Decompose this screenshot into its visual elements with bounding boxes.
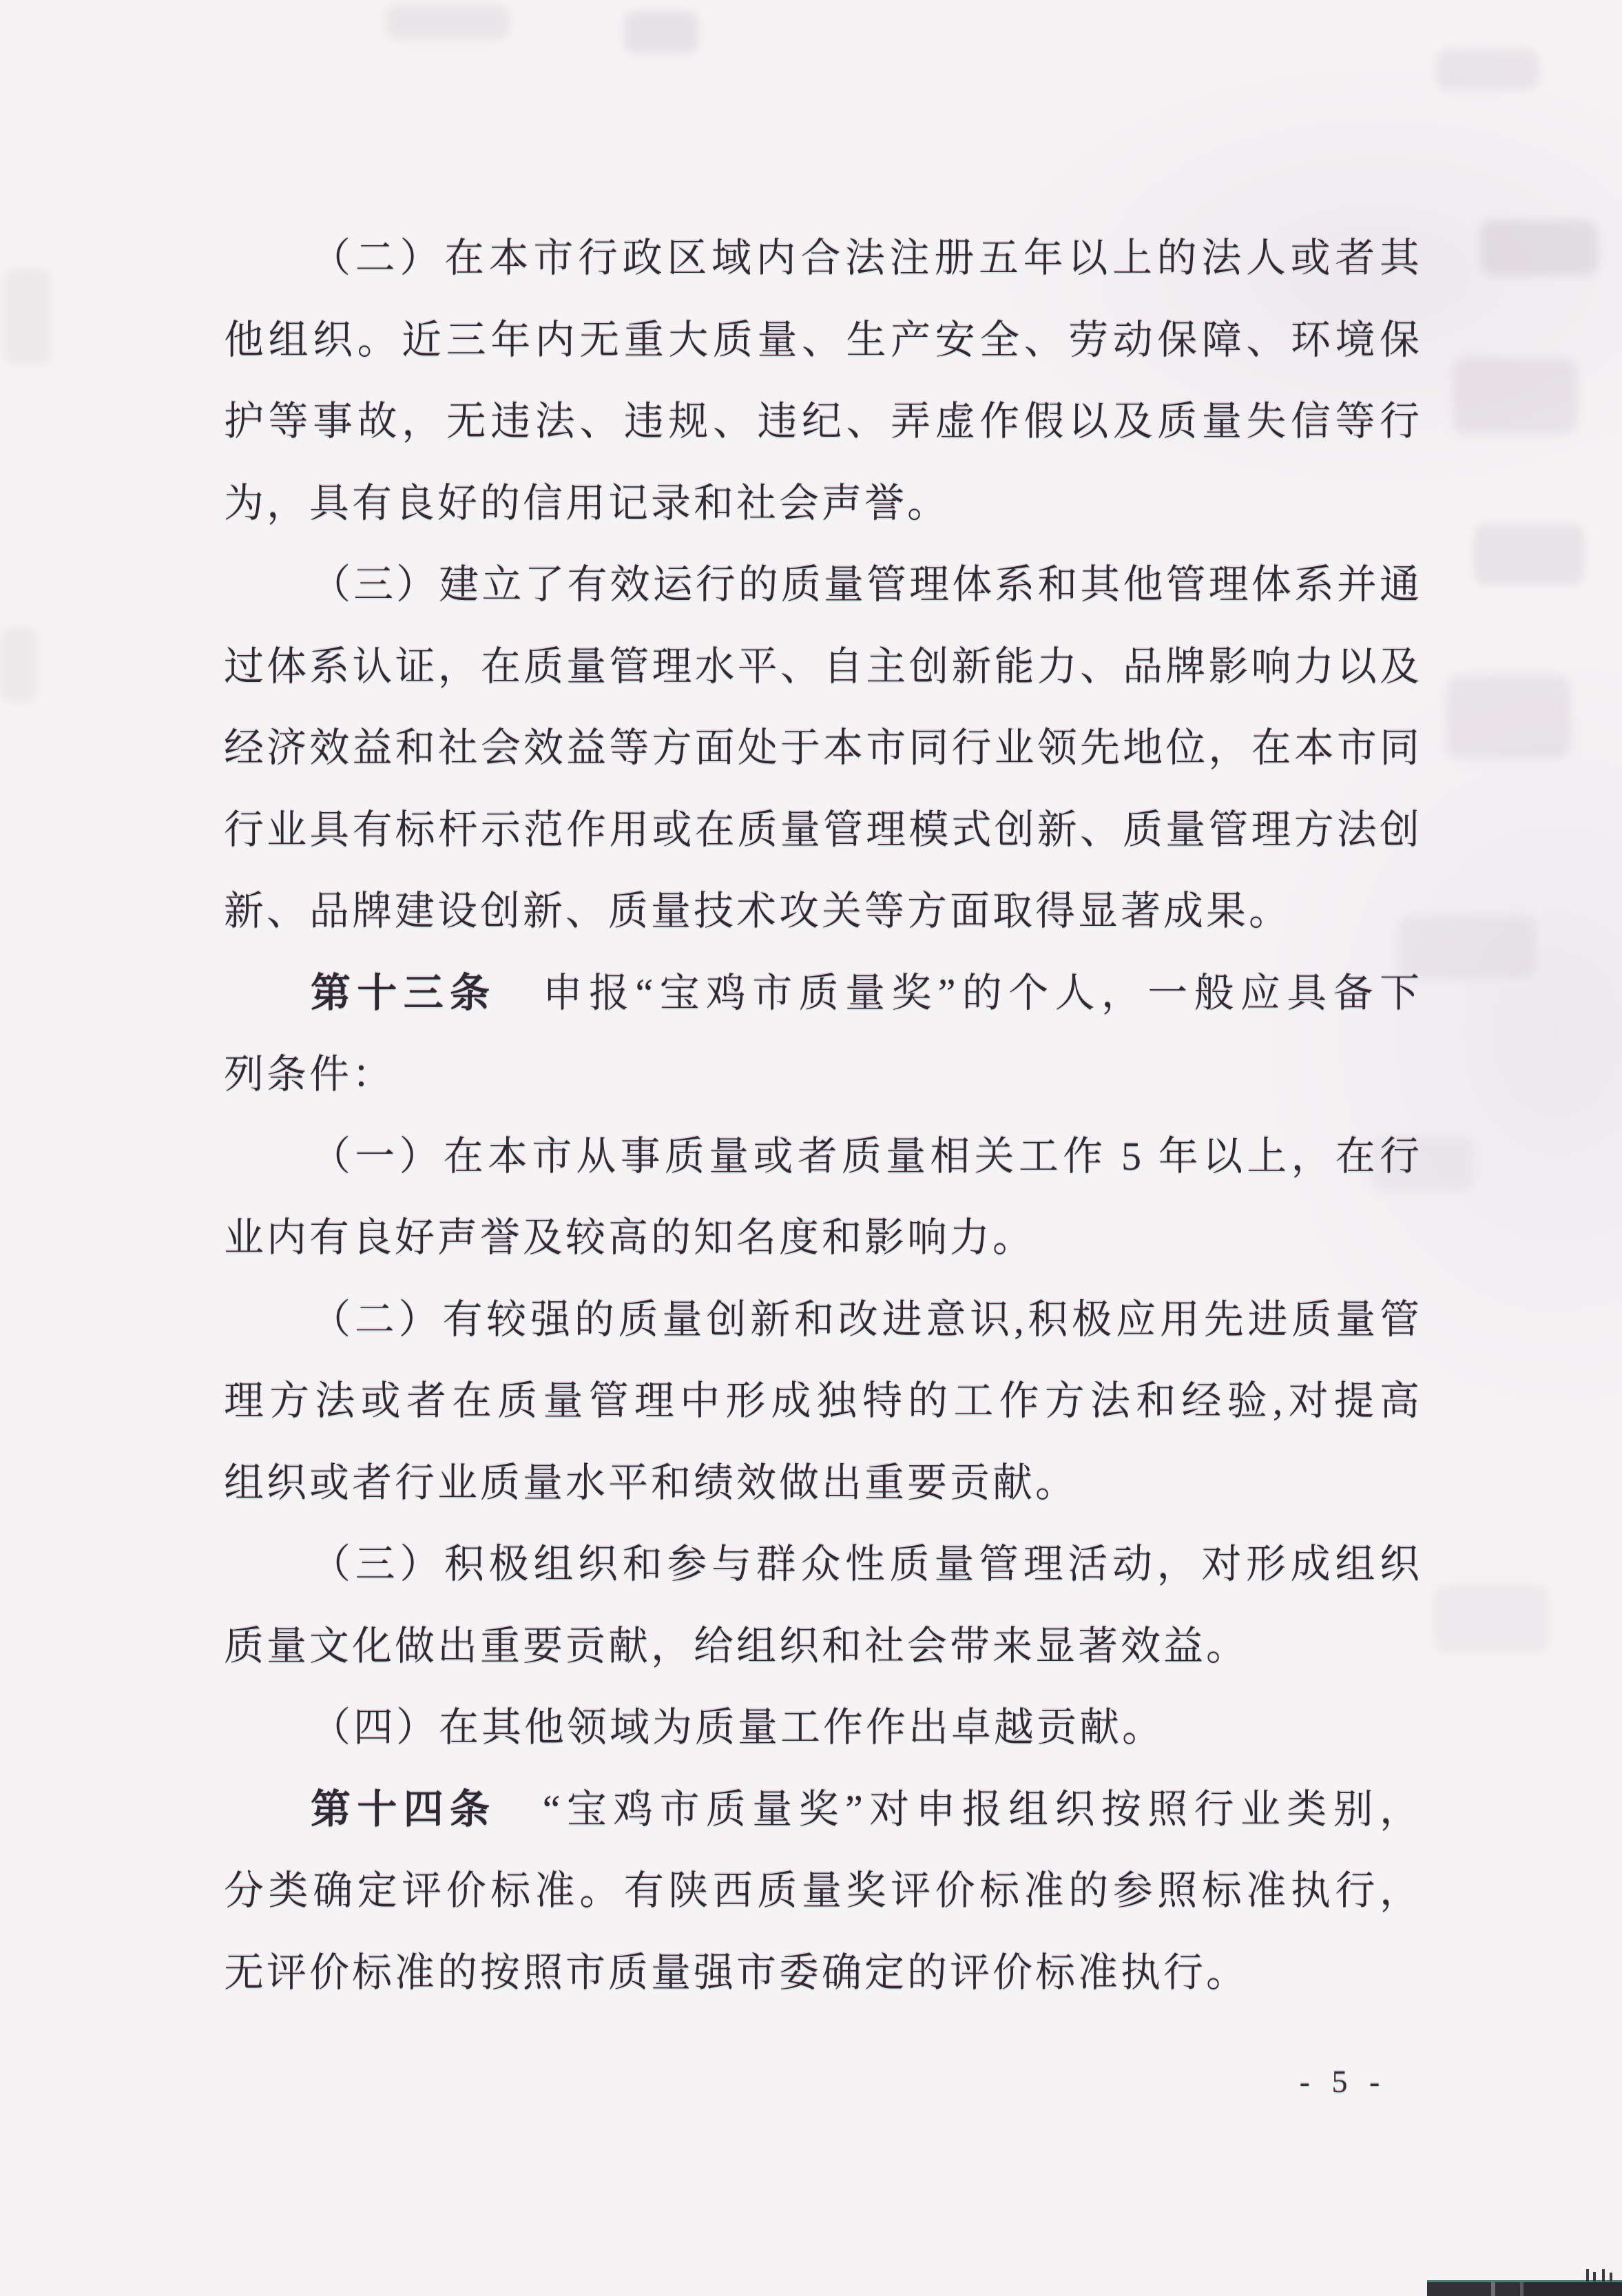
text-line: 行业具有标杆示范作用或在质量管理模式创新、质量管理方法创 <box>224 789 1422 871</box>
body-text: 业内有良好声誉及较高的知名度和影响力。 <box>224 1215 1035 1260</box>
scanner-tick <box>1586 2269 1589 2282</box>
text-line: 分类确定评价标准。有陕西质量奖评价标准的参照标准执行， <box>224 1850 1422 1932</box>
body-text: 经济效益和社会效益等方面处于本市同行业领先地位，在本市同 <box>224 725 1422 770</box>
text-line: 第十三条 申报“宝鸡市质量奖”的个人，一般应具备下 <box>224 953 1422 1035</box>
article-heading-text: 第十四条 <box>311 1787 496 1832</box>
scan-smudge <box>1481 220 1598 276</box>
text-line: 他组织。近三年内无重大质量、生产安全、劳动保障、环境保 <box>224 300 1422 382</box>
body-text: （一）在本市从事质量或者质量相关工作 5 年以上，在行 <box>311 1134 1422 1179</box>
body-text: 理方法或者在质量管理中形成独特的工作方法和经验,对提高 <box>224 1378 1422 1423</box>
body-text: 列条件： <box>224 1052 395 1097</box>
body-text: 过体系认证，在质量管理水平、自主创新能力、品牌影响力以及 <box>224 644 1422 689</box>
scan-smudge <box>1474 524 1584 586</box>
page-number: - 5 - <box>1254 2063 1433 2100</box>
scan-smudge <box>1436 48 1539 90</box>
text-line: 第十四条 “宝鸡市质量奖”对申报组织按照行业类别， <box>224 1769 1422 1851</box>
scanner-tick <box>1602 2269 1605 2282</box>
body-text: 新、品牌建设创新、质量技术攻关等方面取得显著成果。 <box>224 889 1291 933</box>
text-line: （一）在本市从事质量或者质量相关工作 5 年以上，在行 <box>224 1116 1422 1198</box>
text-line: （四）在其他领域为质量工作作出卓越贡献。 <box>224 1687 1422 1769</box>
body-text: 申报“宝鸡市质量奖”的个人，一般应具备下 <box>496 971 1422 1015</box>
body-text: （三）积极组织和参与群众性质量管理活动，对形成组织 <box>311 1542 1422 1586</box>
body-text: 护等事故，无违法、违规、违纪、弄虚作假以及质量失信等行 <box>224 399 1422 444</box>
document-body-text: （二）在本市行政区域内合法注册五年以上的法人或者其他组织。近三年内无重大质量、生… <box>224 218 1422 2014</box>
body-text: 质量文化做出重要贡献，给组织和社会带来显著效益。 <box>224 1624 1249 1668</box>
text-line: 组织或者行业质量水平和绩效做出重要贡献。 <box>224 1442 1422 1524</box>
text-line: 业内有良好声誉及较高的知名度和影响力。 <box>224 1197 1422 1279</box>
body-text: （二）在本市行政区域内合法注册五年以上的法人或者其 <box>311 236 1422 280</box>
text-line: 过体系认证，在质量管理水平、自主创新能力、品牌影响力以及 <box>224 626 1422 708</box>
text-line: 新、品牌建设创新、质量技术攻关等方面取得显著成果。 <box>224 871 1422 953</box>
text-line: （三）积极组织和参与群众性质量管理活动，对形成组织 <box>224 1524 1422 1606</box>
scan-smudge <box>623 11 699 54</box>
scan-smudge <box>1453 358 1577 434</box>
text-line: 为，具有良好的信用记录和社会声誉。 <box>224 463 1422 545</box>
body-text: 分类确定评价标准。有陕西质量奖评价标准的参照标准执行， <box>224 1868 1422 1913</box>
body-text: 行业具有标杆示范作用或在质量管理模式创新、质量管理方法创 <box>224 807 1422 852</box>
text-line: 列条件： <box>224 1034 1422 1116</box>
body-text: 为，具有良好的信用记录和社会声誉。 <box>224 481 950 526</box>
scan-smudge <box>386 4 510 40</box>
body-text: 无评价标准的按照市质量强市委确定的评价标准执行。 <box>224 1950 1249 1995</box>
text-line: （三）建立了有效运行的质量管理体系和其他管理体系并通 <box>224 544 1422 626</box>
scanner-tick <box>1593 2272 1596 2282</box>
body-text: （四）在其他领域为质量工作作出卓越贡献。 <box>311 1705 1165 1750</box>
body-text: （二）有较强的质量创新和改进意识,积极应用先进质量管 <box>311 1297 1422 1342</box>
text-line: （二）在本市行政区域内合法注册五年以上的法人或者其 <box>224 218 1422 300</box>
body-text: 他组织。近三年内无重大质量、生产安全、劳动保障、环境保 <box>224 318 1422 362</box>
article-heading-text: 第十三条 <box>311 971 496 1015</box>
text-line: 质量文化做出重要贡献，给组织和社会带来显著效益。 <box>224 1606 1422 1688</box>
text-line: 护等事故，无违法、违规、违纪、弄虚作假以及质量失信等行 <box>224 381 1422 463</box>
text-line: （二）有较强的质量创新和改进意识,积极应用先进质量管 <box>224 1279 1422 1361</box>
scan-smudge <box>3 269 51 365</box>
body-text: （三）建立了有效运行的质量管理体系和其他管理体系并通 <box>311 562 1422 607</box>
scanner-artifact-bar <box>1427 2280 1622 2296</box>
text-line: 理方法或者在质量管理中形成独特的工作方法和经验,对提高 <box>224 1361 1422 1442</box>
scan-smudge <box>1446 675 1570 758</box>
body-text: “宝鸡市质量奖”对申报组织按照行业类别， <box>496 1787 1422 1832</box>
scanner-tick <box>1610 2273 1612 2282</box>
body-text: 组织或者行业质量水平和绩效做出重要贡献。 <box>224 1460 1078 1505</box>
text-line: 经济效益和社会效益等方面处于本市同行业领先地位，在本市同 <box>224 707 1422 789</box>
text-line: 无评价标准的按照市质量强市委确定的评价标准执行。 <box>224 1932 1422 2014</box>
scan-smudge <box>0 627 38 703</box>
scanned-document-page: （二）在本市行政区域内合法注册五年以上的法人或者其他组织。近三年内无重大质量、生… <box>0 0 1622 2296</box>
scan-smudge <box>1433 1584 1550 1653</box>
